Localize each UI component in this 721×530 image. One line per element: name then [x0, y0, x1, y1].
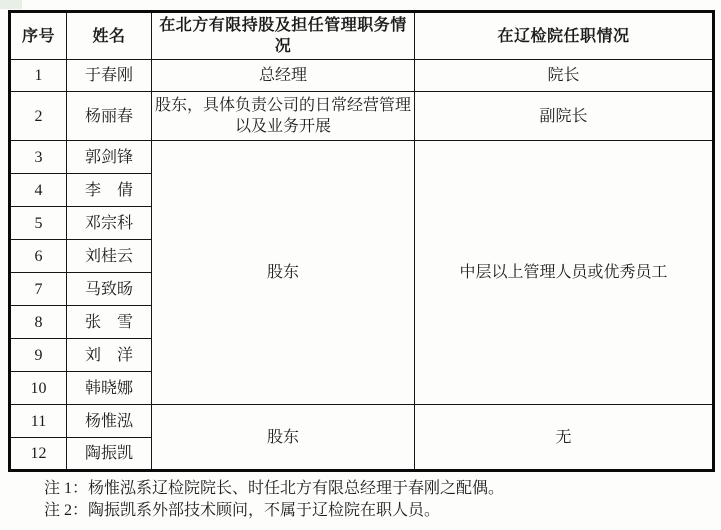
cell-name: 张 雪	[67, 306, 152, 339]
cell-north-position: 总经理	[152, 60, 415, 92]
header-court-position: 在辽检院任职情况	[415, 12, 714, 60]
cell-no: 8	[10, 306, 67, 339]
cell-no: 10	[10, 372, 67, 405]
cell-no: 5	[10, 207, 67, 240]
header-name: 姓名	[67, 12, 152, 60]
cell-no: 11	[10, 405, 67, 438]
cell-no: 2	[10, 92, 67, 141]
cell-name: 邓宗科	[67, 207, 152, 240]
cell-no: 7	[10, 273, 67, 306]
personnel-table: 序号 姓名 在北方有限持股及担任管理职务情况 在辽检院任职情况 1 于春刚 总经…	[8, 10, 715, 472]
merged-cell-court-position: 中层以上管理人员或优秀员工	[415, 141, 714, 405]
cell-name: 李 倩	[67, 174, 152, 207]
table-row: 1 于春刚 总经理 院长	[10, 60, 714, 92]
cell-name: 郭剑锋	[67, 141, 152, 174]
cell-name: 刘 洋	[67, 339, 152, 372]
footnotes: 注 1：杨惟泓系辽检院院长、时任北方有限总经理于春刚之配偶。 注 2：陶振凯系外…	[44, 478, 504, 522]
cell-no: 1	[10, 60, 67, 92]
cell-north-position: 股东，具体负责公司的日常经营管理以及业务开展	[152, 92, 415, 141]
cell-no: 12	[10, 438, 67, 471]
cell-no: 3	[10, 141, 67, 174]
note-line-1: 注 1：杨惟泓系辽检院院长、时任北方有限总经理于春刚之配偶。	[44, 478, 504, 500]
header-north-position: 在北方有限持股及担任管理职务情况	[152, 12, 415, 60]
cell-court-position: 院长	[415, 60, 714, 92]
cell-name: 韩晓娜	[67, 372, 152, 405]
cell-name: 杨惟泓	[67, 405, 152, 438]
cell-no: 9	[10, 339, 67, 372]
scan-corner-artifact	[0, 0, 22, 9]
table-row: 3 郭剑锋 股东 中层以上管理人员或优秀员工	[10, 141, 714, 174]
cell-name: 于春刚	[67, 60, 152, 92]
cell-court-position: 副院长	[415, 92, 714, 141]
cell-name: 陶振凯	[67, 438, 152, 471]
table-row: 11 杨惟泓 股东 无	[10, 405, 714, 438]
header-no: 序号	[10, 12, 67, 60]
cell-no: 6	[10, 240, 67, 273]
merged-cell-court-position: 无	[415, 405, 714, 471]
note-line-2: 注 2：陶振凯系外部技术顾问，不属于辽检院在职人员。	[44, 500, 504, 522]
cell-name: 杨丽春	[67, 92, 152, 141]
cell-no: 4	[10, 174, 67, 207]
merged-cell-north-position: 股东	[152, 141, 415, 405]
table-header-row: 序号 姓名 在北方有限持股及担任管理职务情况 在辽检院任职情况	[10, 12, 714, 60]
table-row: 2 杨丽春 股东，具体负责公司的日常经营管理以及业务开展 副院长	[10, 92, 714, 141]
cell-name: 刘桂云	[67, 240, 152, 273]
cell-name: 马致旸	[67, 273, 152, 306]
merged-cell-north-position: 股东	[152, 405, 415, 471]
